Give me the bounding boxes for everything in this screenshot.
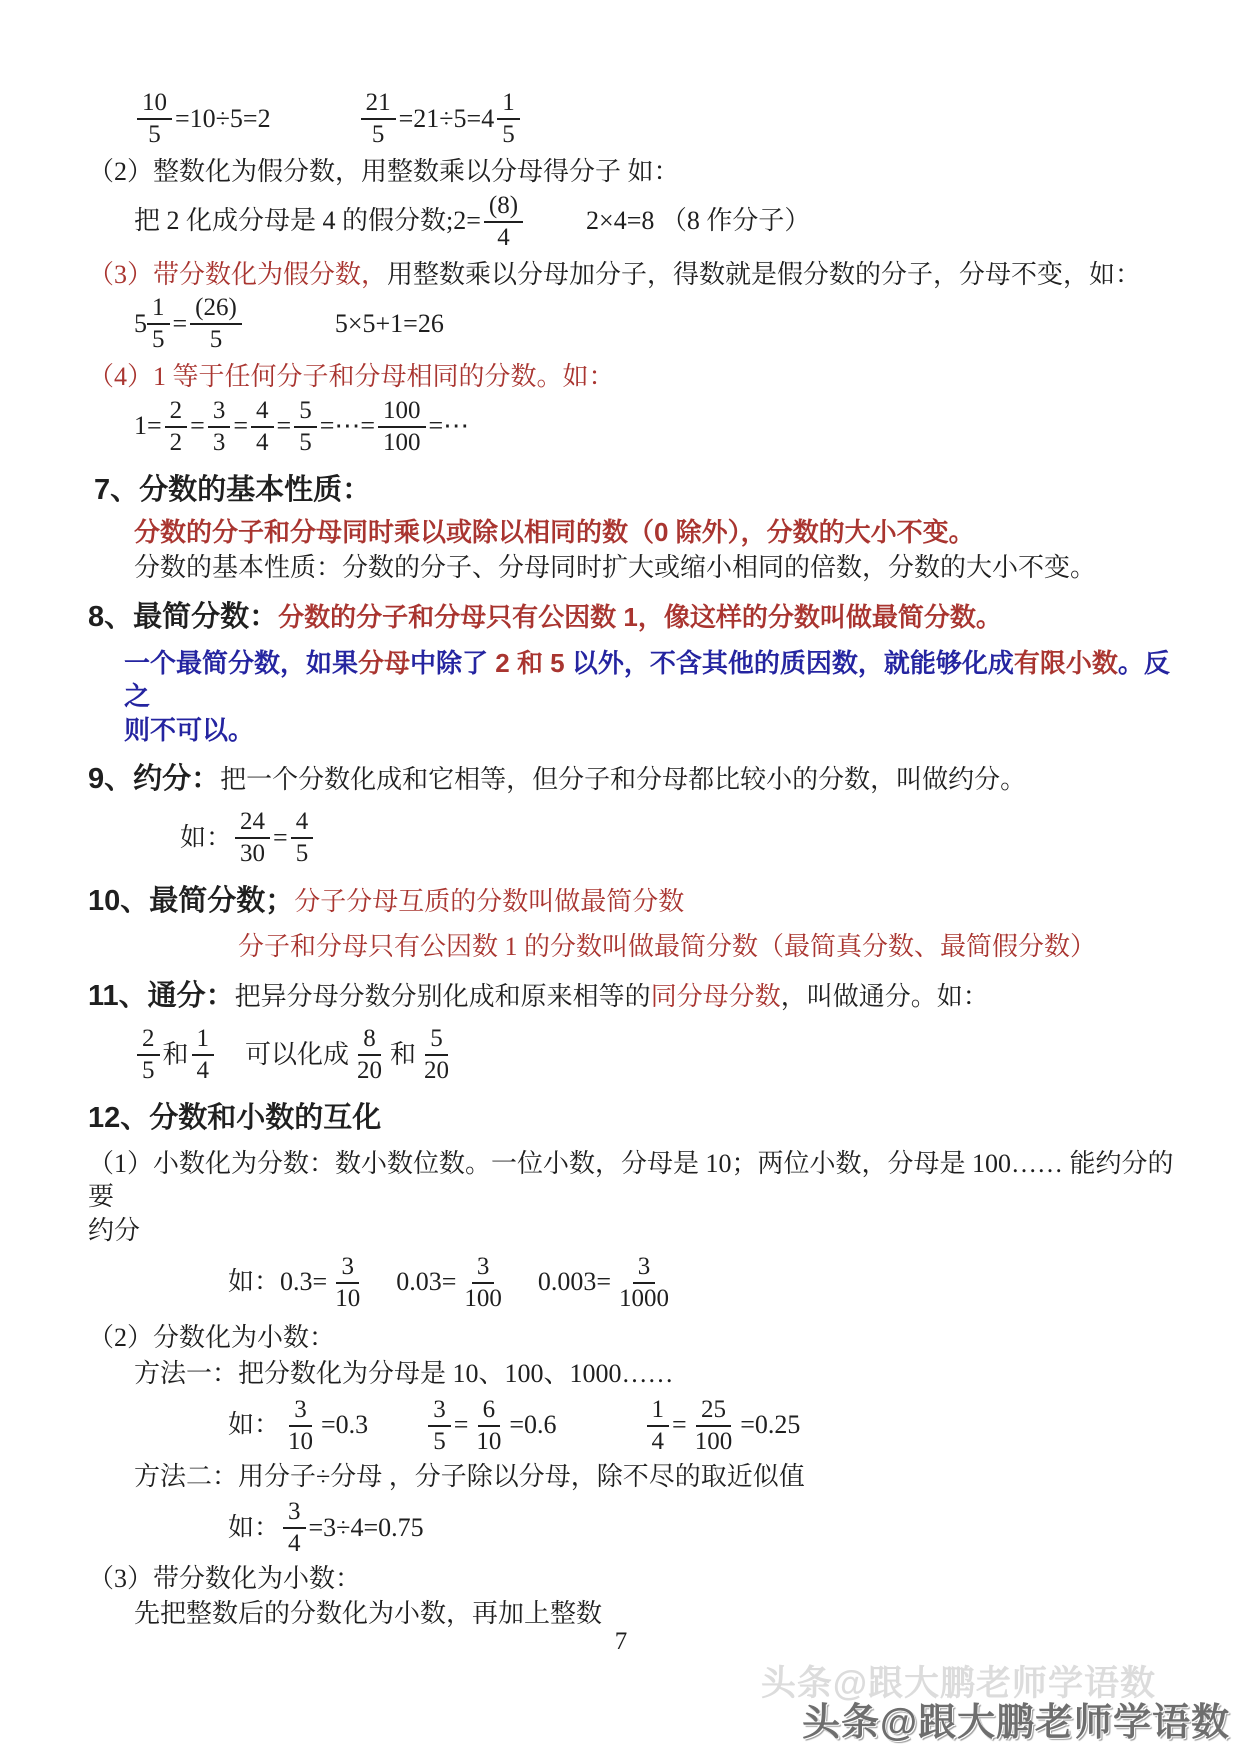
numerator: 21 [361,88,396,120]
fraction: (26)5 [190,293,242,355]
section-8-heading: 8、最简分数： [88,601,278,633]
section-10-heading: 10、最简分数； [88,885,294,917]
definition-red: 分数的分子和分母只有公因数 1，像这样的分数叫做最简分数。 [278,602,1002,632]
fraction: 14 [647,1395,670,1457]
numerator: 3 [289,1395,312,1427]
fraction: 34 [283,1497,306,1559]
numerator: 3 [336,1252,359,1284]
numerator: 1 [647,1395,670,1427]
note-blue: 则不可以。 [124,715,254,745]
denominator: 4 [492,223,515,253]
section-12-p1b: 约分 [88,1215,1178,1248]
item-3-mixed-to-improper: （3）带分数化为假分数，用整数乘以分母加分子，得数就是假分数的分子，分母不变，如… [88,259,1178,292]
fraction: 35 [428,1395,451,1457]
fraction: 33 [208,396,231,458]
fraction: 15 [147,293,170,355]
section-7-rule-red: 分数的分子和分母同时乘以或除以相同的数（0 除外），分数的大小不变。 [134,516,1178,549]
numerator: 8 [358,1024,381,1056]
fraction: 55 [294,396,317,458]
denominator: 10 [283,1427,318,1457]
numerator: 3 [283,1497,306,1529]
fraction: 45 [291,807,314,869]
ellipsis-equals: =⋯ [429,410,470,443]
section-12-method-2: 方法二：用分子÷分母 ，分子除以分母，除不尽的取近似值 [134,1461,1178,1494]
section-11-example: 25 和 14 可以化成 820 和 520 [134,1024,1178,1086]
equals-sign: = [233,410,248,443]
fraction: 44 [251,396,274,458]
rule-text-red: 分数的分子和分母同时乘以或除以相同的数（0 除外），分数的大小不变。 [134,517,975,547]
item-text: （2）整数化为假分数，用整数乘以分母得分子 如： [88,157,680,186]
fraction: 25 [137,1024,160,1086]
definition-text: ，叫做通分。如： [781,982,989,1011]
fraction: 310 [330,1252,365,1314]
numerator: 4 [251,396,274,428]
numerator: (26) [190,293,242,325]
section-12-example-1: 如： 0.3= 310 0.03= 3100 0.003= 31000 [228,1252,1178,1314]
fraction: 15 [497,88,520,150]
note-red: 2 和 5 [488,648,572,678]
denominator: 1000 [614,1284,674,1314]
section-12-p3b: 先把整数后的分数化为小数，再加上整数 [134,1598,1178,1631]
item-2-example: 把 2 化成分母是 4 的假分数;2= (8)4 2×4=8 （8 作分子） [134,191,1178,253]
equals-sign: = [277,410,292,443]
integer-part: 5 [134,308,147,341]
equation-text: =0.3 [321,1409,368,1442]
fraction: (8)4 [484,191,523,253]
section-9-heading: 9、约分： [88,763,220,795]
note-blue: 以外，不含其他的质因数，就能够化成 [572,648,1014,678]
denominator: 5 [294,428,317,458]
equation-text: =3÷4=0.75 [309,1512,424,1545]
section-12-method-1: 方法一：把分数化为分母是 10、100、1000…… [134,1358,1178,1391]
example-label: 如： [228,1266,280,1299]
denominator: 20 [419,1056,454,1086]
numerator: 5 [294,396,317,428]
example-label: 如： [180,822,232,855]
equals-sign: = [190,410,205,443]
fraction: 2430 [235,807,270,869]
equation-text: 1= [134,410,162,443]
section-11-heading: 11、通分： [88,980,235,1012]
section-9-line: 9、约分：把一个分数化成和它相等，但分子和分母都比较小的分数，叫做约分。 [88,761,1178,797]
denominator: 20 [352,1056,387,1086]
section-11-line: 11、通分：把异分母分数分别化成和原来相等的同分母分数，叫做通分。如： [88,978,1178,1014]
item-2-whole-to-improper: （2）整数化为假分数，用整数乘以分母得分子 如： [88,156,1178,189]
equation-text: 0.03= [396,1266,456,1299]
section-12-example-3: 如： 34 =3÷4=0.75 [228,1497,1178,1559]
page-content: 105 =10÷5=2 215 =21÷5=4 15 （2）整数化为假分数，用整… [0,0,1242,1630]
example-label: 如： [228,1512,280,1545]
denominator: 2 [165,428,188,458]
denominator: 10 [471,1427,506,1457]
numerator: 3 [428,1395,451,1427]
section-12-heading: 12、分数和小数的互化 [88,1100,1178,1136]
equation-one-equals-fractions: 1= 22 = 33 = 44 = 55 =⋯= 100100 =⋯ [134,396,1178,458]
numerator: 3 [472,1252,495,1284]
item-text: 用整数乘以分母加分子，得数就是假分数的分子，分母不变，如： [387,260,1141,289]
note-red: 分子和分母只有公因数 1 的分数叫做最简分数（最简真分数、最简假分数） [238,932,1096,961]
denominator: 5 [367,120,390,150]
denominator: 5 [291,839,314,869]
example-text: 2×4=8 （8 作分子） [586,205,810,238]
definition-red: 分子分母互质的分数叫做最简分数 [294,887,684,916]
equals-sign: = [273,822,288,855]
paragraph-text: （3）带分数化为小数： [88,1564,361,1593]
equals-sign: = [672,1409,687,1442]
equation-text: =21÷5=4 [399,103,495,136]
numerator: 1 [147,293,170,325]
numerator: 100 [378,396,426,428]
numerator: 1 [192,1024,215,1056]
definition-text: 把一个分数化成和它相等，但分子和分母都比较小的分数，叫做约分。 [220,765,1026,794]
fraction: 3100 [459,1252,507,1314]
note-red: 有限小数 [1014,648,1118,678]
numerator: 10 [137,88,172,120]
fraction: 310 [283,1395,318,1457]
definition-text: 把异分母分数分别化成和原来相等的 [235,982,651,1011]
denominator: 4 [251,428,274,458]
equation-text: =10÷5=2 [175,103,271,136]
numerator: 3 [208,396,231,428]
paragraph-text: （2）分数化为小数： [88,1323,335,1352]
connector-text: 可以化成 [245,1039,349,1072]
equation-text: =0.25 [740,1409,800,1442]
section-12-p2: （2）分数化为小数： [88,1322,1178,1355]
fraction: 25100 [690,1395,738,1457]
numerator: 2 [137,1024,160,1056]
definition-red: 同分母分数 [651,982,781,1011]
numerator: 1 [497,88,520,120]
equation-improper-to-whole: 105 =10÷5=2 215 =21÷5=4 15 [134,88,1178,150]
equation-text: 0.003= [538,1266,611,1299]
denominator: 4 [647,1427,670,1457]
document-page: 105 =10÷5=2 215 =21÷5=4 15 （2）整数化为假分数，用整… [0,0,1242,1756]
equals-sign: = [173,308,188,341]
fraction: 31000 [614,1252,674,1314]
example-text: 把 2 化成分母是 4 的假分数;2= [134,205,481,238]
numerator: (8) [484,191,523,223]
item-3-example: 5 15 = (26)5 5×5+1=26 [134,293,1178,355]
denominator: 5 [205,325,228,355]
denominator: 4 [192,1056,215,1086]
denominator: 100 [459,1284,507,1314]
denominator: 5 [143,120,166,150]
denominator: 3 [208,428,231,458]
section-12-example-2: 如： 310 =0.3 35 = 610 =0.6 14 = 25100 =0.… [228,1395,1178,1457]
heading-text: 7、分数的基本性质： [94,474,371,506]
connector-text: 和 [163,1039,189,1072]
denominator: 100 [690,1427,738,1457]
fraction: 215 [361,88,396,150]
denominator: 30 [235,839,270,869]
denominator: 5 [147,325,170,355]
item-label-red: （3）带分数化为假分数， [88,260,387,289]
section-10-line: 10、最简分数；分子分母互质的分数叫做最简分数 [88,883,1178,919]
ellipsis-equals: =⋯= [320,410,375,443]
numerator: 3 [633,1252,656,1284]
note-blue: 一个最简分数，如果 [124,648,358,678]
fraction: 22 [165,396,188,458]
example-text: 5×5+1=26 [335,308,444,341]
section-12-p1a: （1）小数化为分数：数小数位数。一位小数，分母是 10；两位小数，分母是 100… [88,1148,1178,1213]
fraction: 105 [137,88,172,150]
section-8-heading-line: 8、最简分数：分数的分子和分母只有公因数 1，像这样的分数叫做最简分数。 [88,599,1178,635]
equation-text: 0.3= [280,1266,327,1299]
paragraph-text: （1）小数化为分数：数小数位数。一位小数，分母是 10；两位小数，分母是 100… [88,1149,1174,1211]
note-red: 分母 [358,648,410,678]
section-7-heading: 7、分数的基本性质： [94,472,1178,508]
watermark: 头条@跟大鹏老师学语数 [802,1691,1230,1746]
equals-sign: = [454,1409,469,1442]
fraction: 100100 [378,396,426,458]
numerator: 25 [696,1395,731,1427]
section-8-note-line2: 则不可以。 [124,714,1178,747]
denominator: 4 [283,1529,306,1559]
note-blue: 中除了 [410,648,488,678]
numerator: 5 [425,1024,448,1056]
section-10-note-red: 分子和分母只有公因数 1 的分数叫做最简分数（最简真分数、最简假分数） [238,931,1178,964]
numerator: 4 [291,807,314,839]
denominator: 5 [428,1427,451,1457]
denominator: 5 [137,1056,160,1086]
fraction: 14 [192,1024,215,1086]
method-text: 方法二：用分子÷分母 ，分子除以分母，除不尽的取近似值 [134,1462,805,1491]
denominator: 5 [497,120,520,150]
numerator: 24 [235,807,270,839]
paragraph-text: 先把整数后的分数化为小数，再加上整数 [134,1599,602,1628]
section-12-p3: （3）带分数化为小数： [88,1563,1178,1596]
section-7-rule-black: 分数的基本性质：分数的分子、分母同时扩大或缩小相同的倍数，分数的大小不变。 [134,552,1178,585]
section-9-example: 如： 2430 = 45 [180,807,1178,869]
fraction: 820 [352,1024,387,1086]
denominator: 10 [330,1284,365,1314]
paragraph-text: 约分 [88,1216,140,1245]
denominator: 100 [378,428,426,458]
item-4-one-equals: （4）1 等于任何分子和分母相同的分数。如： [88,361,1178,394]
method-text: 方法一：把分数化为分母是 10、100、1000…… [134,1359,674,1388]
connector-text: 和 [390,1039,416,1072]
fraction: 520 [419,1024,454,1086]
numerator: 2 [165,396,188,428]
section-8-note-line1: 一个最简分数，如果分母中除了 2 和 5 以外，不含其他的质因数，就能够化成有限… [124,647,1178,712]
fraction: 610 [471,1395,506,1457]
rule-text: 分数的基本性质：分数的分子、分母同时扩大或缩小相同的倍数，分数的大小不变。 [134,553,1096,582]
numerator: 6 [478,1395,501,1427]
heading-text: 12、分数和小数的互化 [88,1102,381,1134]
example-label: 如： [228,1409,280,1442]
item-text-red: （4）1 等于任何分子和分母相同的分数。如： [88,362,615,391]
page-number: 7 [0,1628,1242,1656]
equation-text: =0.6 [509,1409,556,1442]
